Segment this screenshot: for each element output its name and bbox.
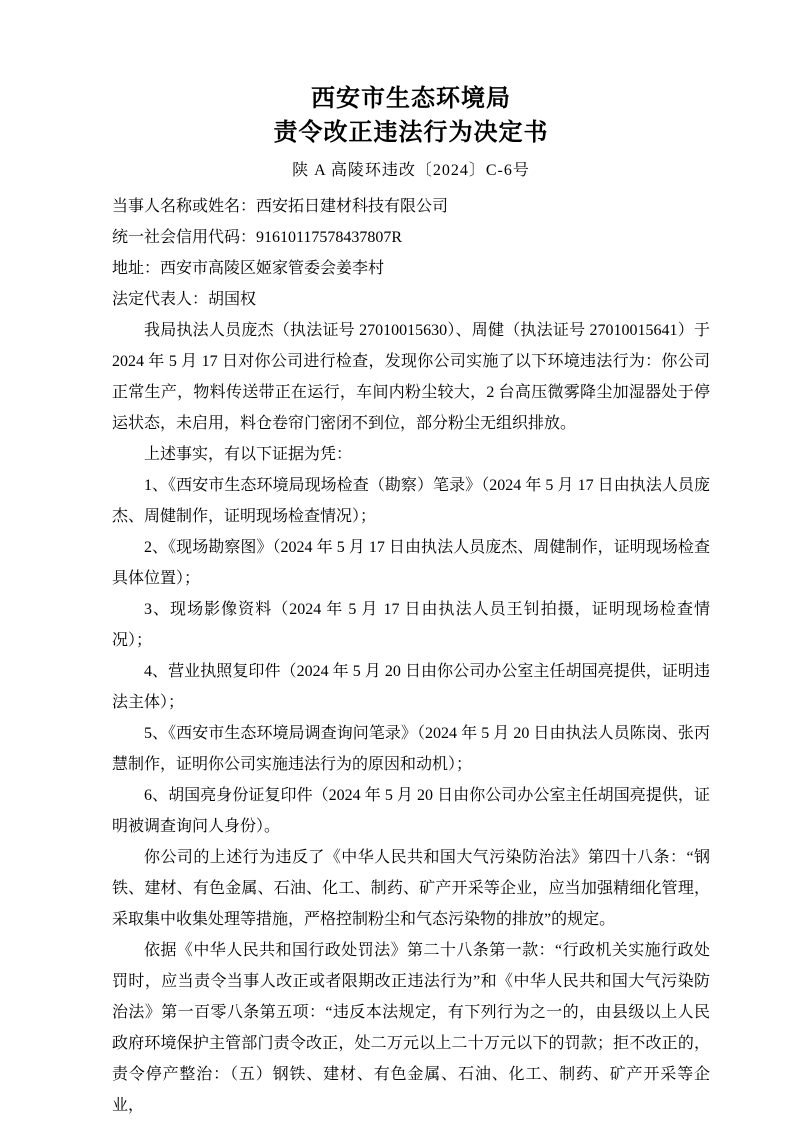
- body-paragraph: 6、胡国亮身份证复印件（2024 年 5 月 20 日由你公司办公室主任胡国亮提…: [112, 780, 710, 842]
- body-paragraph: 你公司的上述行为违反了《中华人民共和国大气污染防治法》第四十八条：“钢铁、建材、…: [112, 842, 710, 935]
- document-number: 陕 A 高陵环违改〔2024〕C-6号: [112, 160, 710, 182]
- document-title-type: 责令改正违法行为决定书: [112, 116, 710, 150]
- body-paragraph: 5、《西安市生态环境局调查询问笔录》（2024 年 5 月 20 日由执法人员陈…: [112, 718, 710, 780]
- body-paragraph: 4、营业执照复印件（2024 年 5 月 20 日由你公司办公室主任胡国亮提供，…: [112, 656, 710, 718]
- info-field-line: 统一社会信用代码：91610117578437807R: [112, 222, 710, 253]
- info-field-line: 法定代表人：胡国权: [112, 284, 710, 315]
- body-paragraph: 我局执法人员庞杰（执法证号 27010015630）、周健（执法证号 27010…: [112, 315, 710, 439]
- document-body: 我局执法人员庞杰（执法证号 27010015630）、周健（执法证号 27010…: [112, 315, 710, 1121]
- body-paragraph: 1、《西安市生态环境局现场检查（勘察）笔录》（2024 年 5 月 17 日由执…: [112, 470, 710, 532]
- body-paragraph: 2、《现场勘察图》（2024 年 5 月 17 日由执法人员庞杰、周健制作，证明…: [112, 532, 710, 594]
- document-page: 西安市生态环境局 责令改正违法行为决定书 陕 A 高陵环违改〔2024〕C-6号…: [0, 0, 800, 1135]
- body-paragraph: 3、现场影像资料（2024 年 5 月 17 日由执法人员王钊拍摄，证明现场检查…: [112, 594, 710, 656]
- document-content: 当事人名称或姓名：西安拓日建材科技有限公司统一社会信用代码：9161011757…: [112, 191, 710, 1121]
- body-paragraph: 上述事实，有以下证据为凭：: [112, 439, 710, 470]
- body-paragraph: 依据《中华人民共和国行政处罚法》第二十八条第一款：“行政机关实施行政处罚时，应当…: [112, 935, 710, 1121]
- document-title-agency: 西安市生态环境局: [112, 82, 710, 116]
- party-info-fields: 当事人名称或姓名：西安拓日建材科技有限公司统一社会信用代码：9161011757…: [112, 191, 710, 315]
- info-field-line: 当事人名称或姓名：西安拓日建材科技有限公司: [112, 191, 710, 222]
- info-field-line: 地址：西安市高陵区姬家管委会姜李村: [112, 253, 710, 284]
